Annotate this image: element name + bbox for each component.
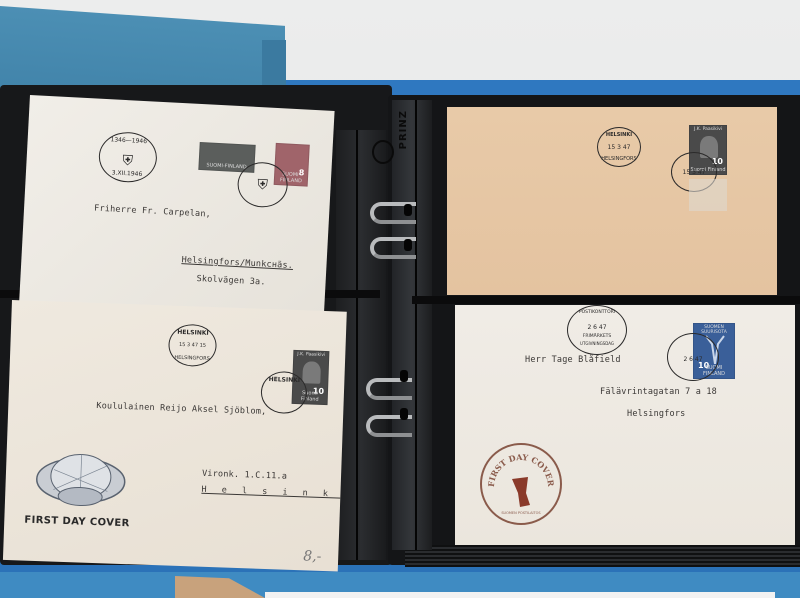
postmark: HELSINKI: [260, 371, 307, 415]
spine-line: [356, 130, 358, 560]
first-day-cover-emblem: FIRST DAY COVER SUOMEN POSTILAITOS: [480, 443, 562, 525]
postmark: 1346—1946 ⛨ 3.XII.1946: [98, 131, 159, 184]
spine-line: [415, 100, 417, 550]
envelope-bottom-right: POSTIKONTTORI 2 6 47 FRIMÄRKETS UTGIVNIN…: [455, 305, 795, 545]
postmark: 2 6 47: [667, 333, 719, 381]
sheet-divider: [412, 296, 800, 304]
album-right-spine: [392, 100, 432, 550]
binder-hole: [404, 204, 412, 216]
coat-of-arms-icon: ⛨: [238, 176, 287, 194]
binder-hole: [400, 408, 408, 420]
album-page-stack: [405, 545, 800, 567]
postmark: POSTIKONTTORI 2 6 47 FRIMÄRKETS UTGIVNIN…: [567, 305, 627, 355]
photo-scene: PRINZ 1346—1946 ⛨ 3.XII.1946 SUOMI-FINLA…: [0, 0, 800, 598]
stamp-hinge: [689, 179, 727, 211]
envelope-bottom-left: HELSINKI 15 3 47 15 HELSINGFORS J.K. Paa…: [3, 300, 347, 572]
postmark: HELSINKI 15 3 47 15 HELSINGFORS: [168, 324, 217, 368]
album-brand-label: PRINZ: [398, 110, 409, 149]
circle-logo-icon: [372, 140, 394, 164]
postmark: HELSINKI 15 3 47 HELSINGFORS: [597, 127, 641, 167]
globe-cachet-icon: [33, 449, 130, 514]
envelope-top-right: HELSINKI 15 3 47 HELSINGFORS J.K. Paasik…: [447, 107, 777, 295]
coat-of-arms-icon: ⛨: [99, 152, 156, 171]
envelope-top-left: 1346—1946 ⛨ 3.XII.1946 SUOMI-FINLAND 8 S…: [18, 95, 334, 331]
white-paper-strip: [265, 592, 775, 598]
binder-hole: [400, 370, 408, 382]
binder-hole: [404, 239, 412, 251]
